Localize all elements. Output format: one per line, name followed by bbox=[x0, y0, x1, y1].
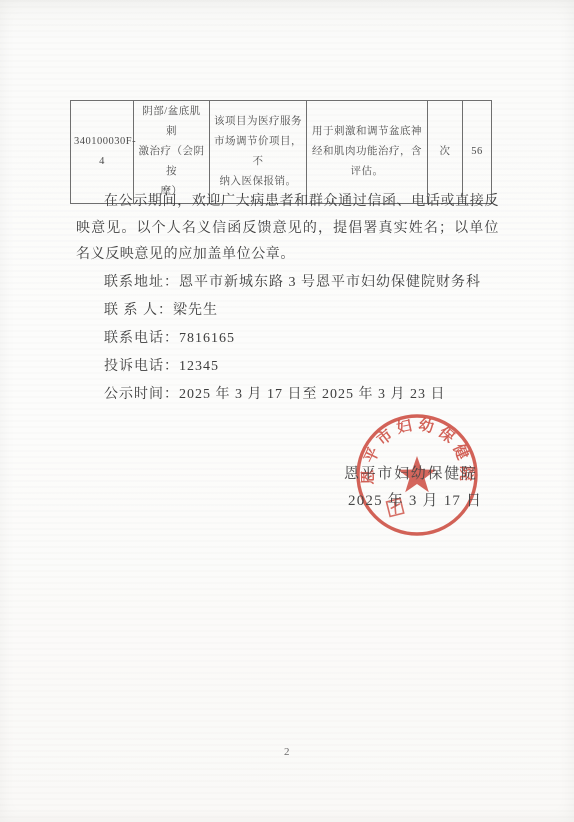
complaint-phone-line: 投诉电话：12345 bbox=[104, 353, 499, 381]
page-number: 2 bbox=[0, 746, 574, 758]
contact-person-line: 联 系 人：梁先生 bbox=[104, 297, 499, 325]
contact-phone-line: 联系电话：7816165 bbox=[104, 325, 499, 353]
notice-paragraph: 在公示期间，欢迎广大病患者和群众通过信函、电话或直接反映意见。以个人名义信函反馈… bbox=[76, 189, 499, 269]
publicity-period-label: 公示时间： bbox=[104, 387, 179, 402]
complaint-phone-label: 投诉电话： bbox=[104, 359, 179, 374]
contact-person-label: 联 系 人： bbox=[104, 303, 173, 318]
complaint-phone-value: 12345 bbox=[179, 359, 219, 374]
signature-organization: 恩平市妇幼保健院 bbox=[344, 462, 478, 483]
contact-person-value: 梁先生 bbox=[173, 303, 218, 318]
contact-phone-label: 联系电话： bbox=[104, 331, 179, 346]
notice-body: 在公示期间，欢迎广大病患者和群众通过信函、电话或直接反映意见。以个人名义信函反馈… bbox=[76, 189, 499, 409]
contact-address-line: 联系地址：恩平市新城东路 3 号恩平市妇幼保健院财务科 bbox=[104, 269, 499, 297]
contact-phone-value: 7816165 bbox=[179, 331, 235, 346]
contact-address-label: 联系地址： bbox=[104, 275, 179, 290]
scanned-document-page: 340100030F- 4 阴部/盆底肌刺 激治疗（会阴按 摩） 该项目为医疗服… bbox=[0, 0, 574, 822]
signature-date: 2025 年 3 月 17 日 bbox=[348, 489, 482, 510]
publicity-period-value: 2025 年 3 月 17 日至 2025 年 3 月 23 日 bbox=[179, 387, 446, 402]
contact-address-value: 恩平市新城东路 3 号恩平市妇幼保健院财务科 bbox=[179, 275, 481, 290]
